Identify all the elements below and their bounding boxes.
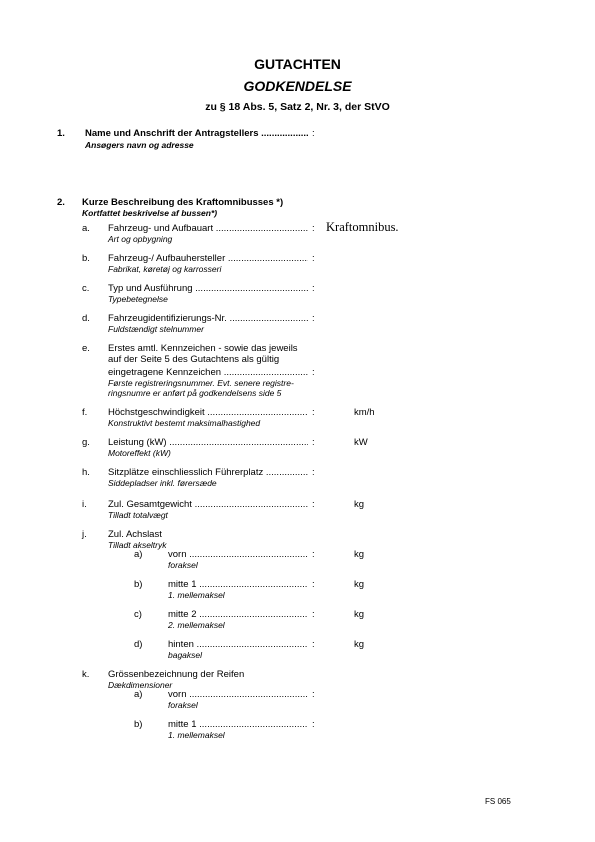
subitem-translation: bagaksel (168, 650, 202, 660)
colon: : (312, 407, 315, 418)
item-letter: j. (82, 529, 87, 540)
item-value[interactable]: Kraftomnibus. (326, 220, 399, 235)
item-translation: Tilladt totalvægt (108, 510, 168, 520)
colon: : (312, 467, 315, 478)
dot-leader: ........................................… (207, 407, 308, 418)
legal-reference: zu § 18 Abs. 5, Satz 2, Nr. 3, der StVO (0, 101, 595, 113)
item-label-text: Fahrzeugidentifizierungs-Nr. (108, 313, 229, 324)
item-label: Grössenbezeichnung der Reifen (108, 669, 244, 680)
subitem-letter: a) (134, 549, 142, 560)
colon: : (312, 639, 315, 650)
item-unit: kg (354, 499, 364, 510)
dot-leader: ........................................… (266, 467, 308, 478)
document-title: GUTACHTEN (0, 56, 595, 72)
dot-leader: ........................................… (229, 313, 308, 324)
item-label: Höchstgeschwindigkeit ..................… (108, 407, 308, 418)
section-1-translation: Ansøgers navn og adresse (85, 140, 194, 150)
item-translation: Motoreffekt (kW) (108, 448, 171, 458)
item-letter: i. (82, 499, 87, 510)
item-translation: Siddepladser inkl. førersæde (108, 478, 217, 488)
item-label: Fahrzeug- und Aufbauart ................… (108, 223, 308, 234)
item-letter: d. (82, 313, 90, 324)
colon: : (312, 719, 315, 730)
dot-leader: ........................................… (189, 549, 308, 560)
item-label-text: Zul. Gesamtgewicht (108, 499, 195, 510)
section-number: 1. (57, 128, 65, 139)
item-label-text: Sitzplätze einschliesslich Führerplatz (108, 467, 266, 478)
subitem-label: mitte 1 ................................… (168, 579, 308, 590)
subitem-translation: foraksel (168, 560, 198, 570)
colon: : (312, 689, 315, 700)
subitem-letter: d) (134, 639, 142, 650)
subitem-label-text: mitte 1 (168, 579, 199, 590)
item-label: Leistung (kW) ..........................… (108, 437, 308, 448)
subitem-label-text: hinten (168, 639, 197, 650)
form-code: FS 065 (485, 797, 511, 806)
colon: : (312, 367, 315, 378)
section-1-label: Name und Anschrift der Antragstellers ..… (85, 128, 308, 139)
item-label-line: auf der Seite 5 des Gutachtens als gülti… (108, 354, 279, 365)
colon: : (312, 313, 315, 324)
subitem-label-text: vorn (168, 549, 189, 560)
subitem-label: hinten .................................… (168, 639, 308, 650)
subitem-label-text: mitte 1 (168, 719, 199, 730)
colon: : (312, 549, 315, 560)
section-1-label-text: Name und Anschrift der Antragstellers (85, 128, 261, 139)
item-letter: e. (82, 343, 90, 354)
colon: : (312, 283, 315, 294)
item-label: Zul. Achslast (108, 529, 162, 540)
item-unit: km/h (354, 407, 375, 418)
item-translation: Art og opbygning (108, 234, 172, 244)
dot-leader: ........................................… (224, 367, 308, 378)
subitem-letter: b) (134, 719, 142, 730)
item-translation: Fabrikat, køretøj og karrosseri (108, 264, 221, 274)
dot-leader: ........................................… (216, 223, 308, 234)
subitem-unit: kg (354, 549, 364, 560)
item-letter: g. (82, 437, 90, 448)
dot-leader: ........................................… (195, 499, 308, 510)
item-label-text: Fahrzeug-/ Aufbauhersteller (108, 253, 228, 264)
item-translation: ringsnumre er anført på godkendelsens si… (108, 388, 281, 398)
subitem-label-text: vorn (168, 689, 189, 700)
dot-leader: ........................................… (228, 253, 308, 264)
item-label-text: Höchstgeschwindigkeit (108, 407, 207, 418)
item-label: Zul. Gesamtgewicht .....................… (108, 499, 308, 510)
item-letter: a. (82, 223, 90, 234)
colon: : (312, 223, 315, 234)
subitem-label: mitte 2 ................................… (168, 609, 308, 620)
subitem-label: vorn ...................................… (168, 689, 308, 700)
item-letter: h. (82, 467, 90, 478)
section-2-label: Kurze Beschreibung des Kraftomnibusses *… (82, 197, 283, 208)
item-translation: Fuldstændigt stelnummer (108, 324, 204, 334)
section-number: 2. (57, 197, 65, 208)
subitem-unit: kg (354, 579, 364, 590)
colon: : (312, 437, 315, 448)
item-label: eingetragene Kennzeichen ...............… (108, 367, 308, 378)
section-2-translation: Kortfattet beskrivelse af bussen*) (82, 208, 217, 218)
subitem-letter: b) (134, 579, 142, 590)
colon: : (312, 499, 315, 510)
subitem-translation: 1. mellemaksel (168, 590, 225, 600)
document-subtitle: GODKENDELSE (0, 78, 595, 94)
subitem-translation: 2. mellemaksel (168, 620, 225, 630)
item-label-line: Erstes amtl. Kennzeichen - sowie das jew… (108, 343, 298, 354)
colon: : (312, 253, 315, 264)
item-letter: k. (82, 669, 89, 680)
colon: : (312, 128, 315, 139)
dot-leader: ........................................… (195, 283, 308, 294)
subitem-unit: kg (354, 639, 364, 650)
subitem-label: vorn ...................................… (168, 549, 308, 560)
subitem-translation: 1. mellemaksel (168, 730, 225, 740)
dot-leader: ........................................… (169, 437, 308, 448)
item-letter: f. (82, 407, 87, 418)
item-label-text: eingetragene Kennzeichen (108, 367, 224, 378)
dot-leader: ........................................… (197, 639, 308, 650)
item-label-text: Leistung (kW) (108, 437, 169, 448)
subitem-unit: kg (354, 609, 364, 620)
item-translation: Typebetegnelse (108, 294, 168, 304)
dot-leader: ........................................… (261, 128, 308, 139)
item-label-text: Typ und Ausführung (108, 283, 195, 294)
subitem-letter: a) (134, 689, 142, 700)
dot-leader: ........................................… (199, 579, 308, 590)
item-label: Typ und Ausführung .....................… (108, 283, 308, 294)
subitem-label: mitte 1 ................................… (168, 719, 308, 730)
subitem-label-text: mitte 2 (168, 609, 199, 620)
item-letter: c. (82, 283, 89, 294)
dot-leader: ........................................… (199, 719, 308, 730)
item-letter: b. (82, 253, 90, 264)
dot-leader: ........................................… (199, 609, 308, 620)
item-translation: Konstruktivt bestemt maksimalhastighed (108, 418, 260, 428)
colon: : (312, 579, 315, 590)
subitem-translation: foraksel (168, 700, 198, 710)
item-label: Fahrzeug-/ Aufbauhersteller ............… (108, 253, 308, 264)
item-unit: kW (354, 437, 368, 448)
dot-leader: ........................................… (189, 689, 308, 700)
item-label: Fahrzeugidentifizierungs-Nr. ...........… (108, 313, 308, 324)
subitem-letter: c) (134, 609, 142, 620)
colon: : (312, 609, 315, 620)
item-label: Sitzplätze einschliesslich Führerplatz .… (108, 467, 308, 478)
item-label-text: Fahrzeug- und Aufbauart (108, 223, 216, 234)
item-translation: Første registreringsnummer. Evt. senere … (108, 378, 294, 388)
